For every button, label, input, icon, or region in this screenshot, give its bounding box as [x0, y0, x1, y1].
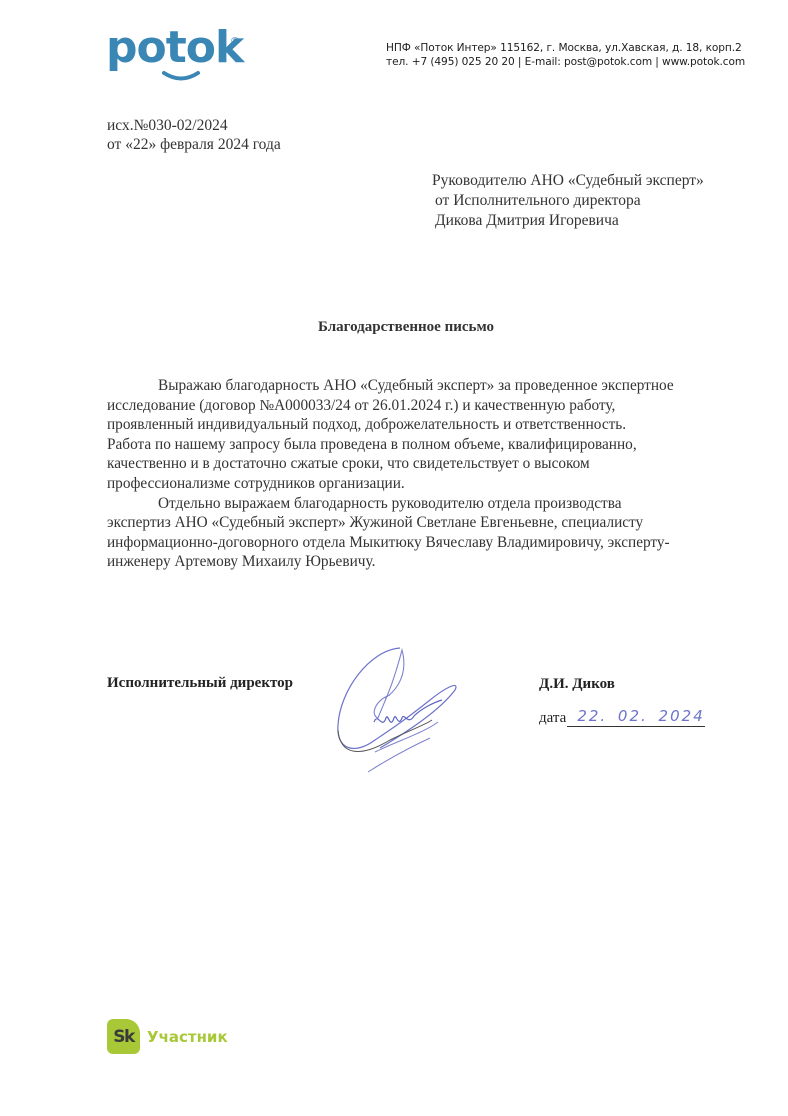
- company-contacts: тел. +7 (495) 025 20 20 | E-mail: post@p…: [386, 55, 746, 69]
- paragraph: Выражаю благодарность АНО «Судебный эксп…: [107, 376, 747, 494]
- text-line: качественно и в достаточно сжатые сроки,…: [107, 455, 590, 472]
- text-line: исследование (договор №А000033/24 от 26.…: [107, 397, 615, 414]
- logo-wordmark: potok: [106, 24, 243, 72]
- sk-logo-icon: Sk: [107, 1019, 140, 1054]
- potok-logo: potok ®: [106, 24, 246, 94]
- addressee-sender-name: Дикова Дмитрия Игоревича: [432, 211, 704, 231]
- text-line: Выражаю благодарность АНО «Судебный эксп…: [107, 377, 674, 394]
- outgoing-date: от «22» февраля 2024 года: [107, 135, 281, 154]
- text-line: информационно-договорного отдела Мыкитюк…: [107, 534, 670, 551]
- addressee-recipient: Руководителю АНО «Судебный эксперт»: [432, 171, 704, 191]
- outgoing-reference: исх.№030-02/2024 от «22» февраля 2024 го…: [107, 116, 281, 154]
- text-line: Работа по нашему запросу была проведена …: [107, 436, 637, 453]
- skolkovo-participant-badge: Sk Участник: [107, 1019, 228, 1054]
- text-line: профессионализме сотрудников организации…: [107, 475, 405, 492]
- outgoing-number: исх.№030-02/2024: [107, 116, 281, 135]
- company-info: НПФ «Поток Интер» 115162, г. Москва, ул.…: [386, 41, 746, 69]
- smile-icon: [161, 70, 201, 84]
- date-label: дата: [539, 710, 566, 727]
- registered-mark: ®: [230, 36, 240, 47]
- letter-body: Выражаю благодарность АНО «Судебный эксп…: [107, 376, 747, 572]
- company-address: НПФ «Поток Интер» 115162, г. Москва, ул.…: [386, 41, 746, 55]
- text-line: экспертиз АНО «Судебный эксперт» Жужиной…: [107, 514, 643, 531]
- date-field: 22. 02. 2024: [567, 708, 705, 727]
- signer-role: Исполнительный директор: [107, 675, 293, 692]
- text-line: Отдельно выражаем благодарность руководи…: [107, 495, 622, 512]
- sk-label: Участник: [147, 1028, 228, 1046]
- signer-name: Д.И. Диков: [539, 676, 615, 693]
- paragraph: Отдельно выражаем благодарность руководи…: [107, 494, 747, 572]
- handwritten-date: 22. 02. 2024: [577, 707, 704, 725]
- text-line: инженеру Артемову Михаилу Юрьевичу.: [107, 553, 375, 570]
- addressee-block: Руководителю АНО «Судебный эксперт» от И…: [432, 171, 704, 231]
- handwritten-signature: [330, 640, 470, 780]
- letter-title: Благодарственное письмо: [0, 319, 788, 336]
- signature-date: дата 22. 02. 2024: [539, 708, 705, 727]
- addressee-from: от Исполнительного директора: [432, 191, 704, 211]
- text-line: проявленный индивидуальный подход, добро…: [107, 416, 626, 433]
